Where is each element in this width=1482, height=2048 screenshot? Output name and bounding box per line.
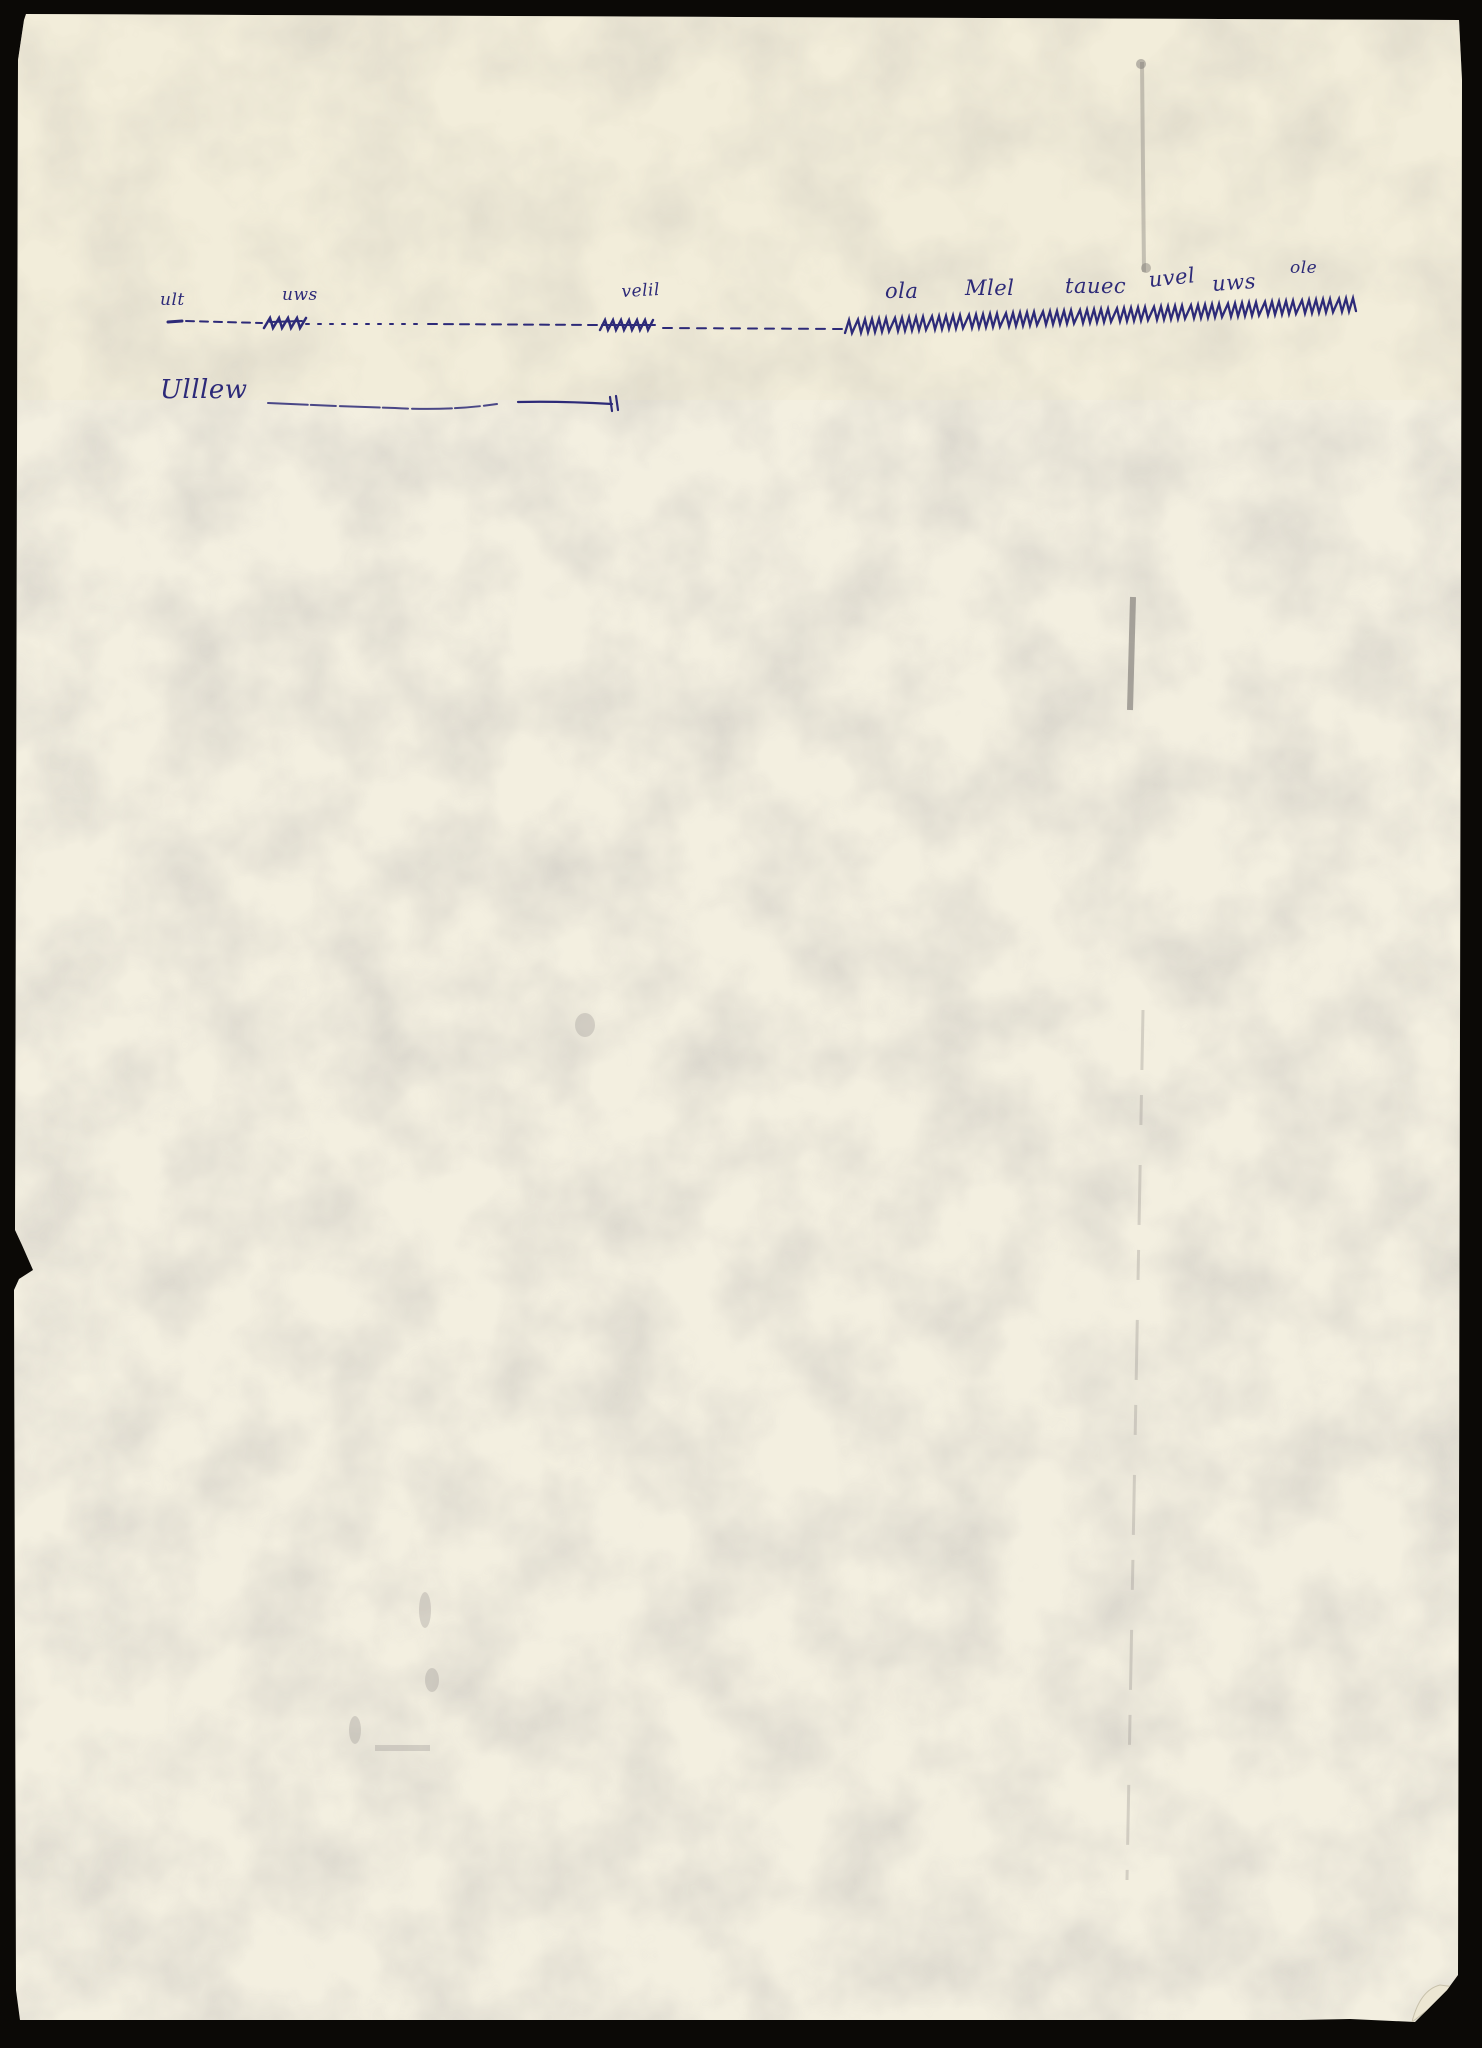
handwritten-word-7: uvel (1147, 263, 1196, 292)
handwritten-word-4: ola (885, 279, 918, 303)
scanned-page: ult uws velil ola Mlel tauec uvel uws ol… (0, 0, 1482, 2048)
fold-line-mid (1130, 597, 1133, 710)
handwritten-word-line2: Ulllew (160, 375, 248, 405)
handwritten-word-6: tauec (1065, 274, 1126, 298)
handwritten-word-2: uws (282, 285, 318, 305)
handwritten-word-3: velil (621, 280, 660, 302)
handwritten-word-9: ole (1290, 258, 1317, 278)
handwritten-word-5: Mlel (965, 276, 1014, 300)
paper-sheet (0, 0, 1482, 2048)
handwritten-word-1: ult (160, 290, 185, 310)
handwritten-word-8: uws (1211, 269, 1256, 296)
fold-line-top (1142, 62, 1144, 272)
